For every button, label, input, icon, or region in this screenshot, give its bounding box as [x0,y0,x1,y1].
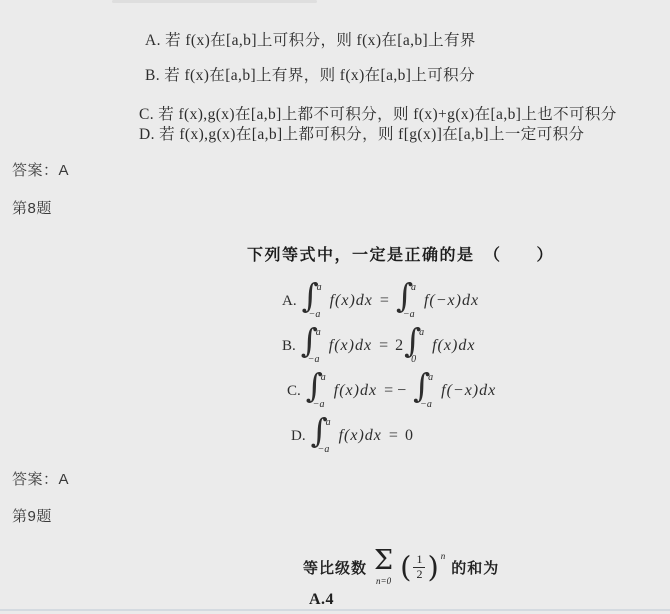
integral-upper-limit: a [411,282,416,293]
q7-option-c: C. 若 f(x),g(x)在[a,b]上都不可积分，则 f(x)+g(x)在[… [139,102,617,124]
q7-option-a: A. 若 f(x)在[a,b]上可积分，则 f(x)在[a,b]上有界 [145,28,476,50]
q8-option-a: A. ∫ a −a f(x)dx = ∫ a −a f(−x)dx [282,281,479,321]
integral-symbol: ∫ a −a [301,326,328,366]
integral-lower-limit: 0 [411,354,416,365]
integrand: f(x)dx [339,427,382,445]
integral-upper-limit: a [317,282,322,293]
integral-upper-limit: a [428,372,433,383]
q8-option-c: C. ∫ a −a f(x)dx = − ∫ a −a f(−x)dx [287,371,496,411]
equals-sign: = [379,337,388,355]
rhs-value: 0 [405,427,413,445]
integral-upper-limit: a [316,327,321,338]
integrand: f(−x)dx [441,382,496,400]
q9-option-a: A.4 [309,591,334,609]
q8-heading: 第8题 [12,197,52,218]
q8-question-title: 下列等式中，一定是正确的是 （ ） [247,242,554,265]
fraction: 1 2 [413,553,425,582]
equals-minus-sign: = − [384,382,406,400]
q9-heading: 第9题 [12,505,52,526]
integral-upper-limit: a [419,327,424,338]
integrand: f(x)dx [329,337,372,355]
summation-lower-limit: n=0 [376,576,391,586]
integral-symbol: ∫ a −a [306,371,333,411]
option-label: B. [282,338,296,355]
coefficient: 2 [395,337,403,355]
option-label: D. [291,428,306,445]
q8-option-d: D. ∫ a −a f(x)dx = 0 [291,416,413,456]
equals-sign: = [389,427,398,445]
integral-lower-limit: −a [313,399,325,410]
q7-option-d: D. 若 f(x),g(x)在[a,b]上都可积分，则 f[g(x)]在[a,b… [139,122,584,144]
bottom-divider [0,609,670,611]
summation-symbol: Σ n=0 [374,548,393,586]
series-prefix-text: 等比级数 [303,557,367,578]
integral-symbol: ∫ a −a [396,281,423,321]
q7-answer-text: 答案：A [12,159,69,180]
fraction-denominator: 2 [413,567,425,582]
integral-lower-limit: −a [308,354,320,365]
integrand: f(−x)dx [424,292,479,310]
q8-answer-text: 答案：A [12,468,69,489]
option-label: A. [282,293,297,310]
left-paren: ( [400,550,411,584]
fraction-numerator: 1 [413,553,425,567]
right-paren: ) [427,550,438,584]
sigma-icon: Σ [374,548,393,574]
series-suffix-text: 的和为 [451,557,499,578]
integral-symbol: ∫ a −a [311,416,338,456]
integral-upper-limit: a [321,372,326,383]
integral-lower-limit: −a [309,309,321,320]
integrand: f(x)dx [432,337,475,355]
cropped-content-fragment [112,0,317,3]
integral-lower-limit: −a [318,444,330,455]
equals-sign: = [380,292,389,310]
integral-symbol: ∫ a −a [413,371,440,411]
integral-upper-limit: a [326,417,331,428]
integrand: f(x)dx [330,292,373,310]
integral-lower-limit: −a [403,309,415,320]
integrand: f(x)dx [334,382,377,400]
integral-symbol: ∫ a −a [302,281,329,321]
exponent: n [441,551,446,561]
integral-symbol: ∫ a 0 [404,326,431,366]
integral-lower-limit: −a [420,399,432,410]
q8-option-b: B. ∫ a −a f(x)dx = 2 ∫ a 0 f(x)dx [282,326,475,366]
option-label: C. [287,383,301,400]
exam-page: A. 若 f(x)在[a,b]上可积分，则 f(x)在[a,b]上有界 B. 若… [0,0,670,614]
q7-option-b: B. 若 f(x)在[a,b]上有界，则 f(x)在[a,b]上可积分 [145,63,475,85]
q9-question-formula: 等比级数 Σ n=0 ( 1 2 ) n 的和为 [303,545,499,589]
